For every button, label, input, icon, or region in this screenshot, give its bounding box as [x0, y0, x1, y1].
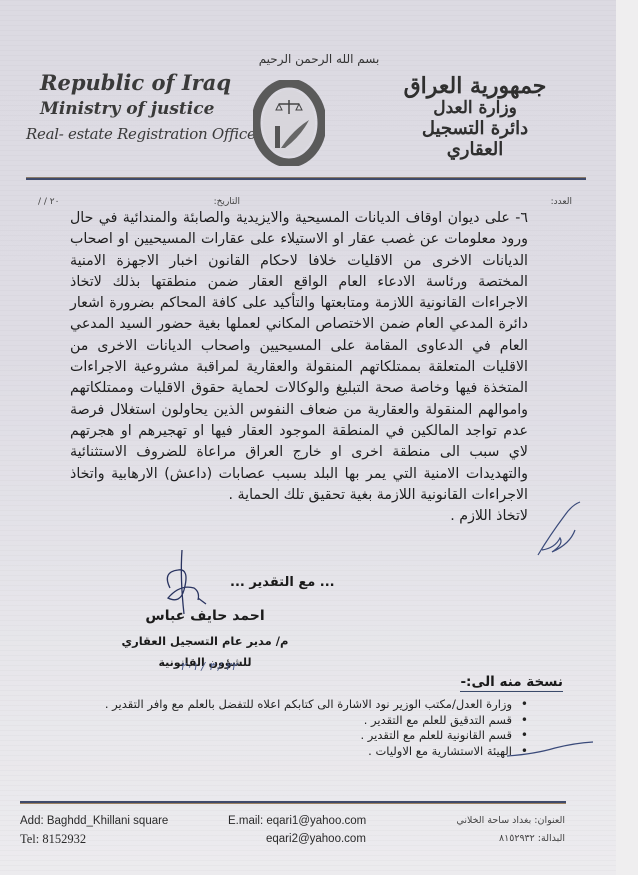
copies-list: وزارة العدل/مكتب الوزير نود الاشارة الى …	[105, 697, 530, 759]
body-paragraph: ٦- على ديوان اوقاف الديانات المسيحية وال…	[70, 208, 528, 506]
handwritten-date: ٢٢ / ٣ / ٢٠١	[180, 660, 237, 673]
letter-body: ٦- على ديوان اوقاف الديانات المسيحية وال…	[70, 208, 528, 527]
date-label: التاريخ:	[214, 197, 240, 207]
address-ar: العنوان: بغداد ساحة الخلاني	[456, 812, 565, 830]
ministry-name-ar: وزارة العدل	[400, 99, 550, 119]
telephone-en: Tel: 8152932	[20, 830, 168, 848]
telephone-ar: البدالة: ٨١٥٢٩٣٢	[456, 830, 565, 848]
body-closing-line: لاتخاذ اللازم .	[70, 506, 528, 527]
header-divider	[26, 177, 586, 180]
country-name-en: Republic of Iraq	[40, 70, 256, 95]
copy-recipient: قسم التدقيق للعلم مع التقدير .	[105, 713, 530, 729]
copies-heading: نسخة منه الى:-	[460, 674, 563, 692]
date-slots: / / ٢٠	[38, 197, 59, 207]
footer-address-ar: العنوان: بغداد ساحة الخلاني البدالة: ٨١٥…	[456, 812, 565, 848]
footer-address-en: Add: Baghdd_Khillani square Tel: 8152932	[20, 812, 168, 848]
email-label: E.mail:	[228, 815, 263, 827]
copy-recipient: الهيئة الاستشارية مع الاوليات .	[105, 744, 530, 760]
page-edge	[616, 0, 638, 875]
signatory-name: احمد حايف عباس	[95, 608, 315, 624]
reference-number-label: العدد:	[551, 197, 572, 207]
office-name-en: Real- estate Registration Office	[26, 125, 256, 143]
pen-tick-mark-icon	[505, 740, 595, 760]
copy-recipient: قسم القانونية للعلم مع التقدير .	[105, 728, 530, 744]
footer-divider	[20, 801, 566, 804]
regards-line: ... مع التقدير ...	[230, 575, 335, 590]
footer-email: E.mail: eqari1@yahoo.com eqari2@yahoo.co…	[228, 812, 366, 848]
basmala: بسم الله الرحمن الرحيم	[0, 52, 638, 66]
email-link-2[interactable]: eqari2@yahoo.com	[266, 833, 366, 845]
letterhead-english: Republic of Iraq Ministry of justice Rea…	[26, 70, 256, 143]
address-en: Add: Baghdd_Khillani square	[20, 812, 168, 830]
signatory-title: م/ مدير عام التسجيل العقاري	[95, 634, 315, 648]
ministry-emblem-icon	[253, 80, 325, 166]
email-link-1[interactable]: eqari1@yahoo.com	[266, 815, 366, 827]
ministry-name-en: Ministry of justice	[40, 99, 256, 119]
initials-signature-icon	[530, 500, 590, 560]
country-name-ar: جمهورية العراق	[400, 74, 550, 99]
copy-recipient: وزارة العدل/مكتب الوزير نود الاشارة الى …	[105, 697, 530, 713]
office-name-ar: دائرة التسجيل العقاري	[400, 119, 550, 160]
letterhead-arabic: جمهورية العراق وزارة العدل دائرة التسجيل…	[400, 74, 550, 160]
